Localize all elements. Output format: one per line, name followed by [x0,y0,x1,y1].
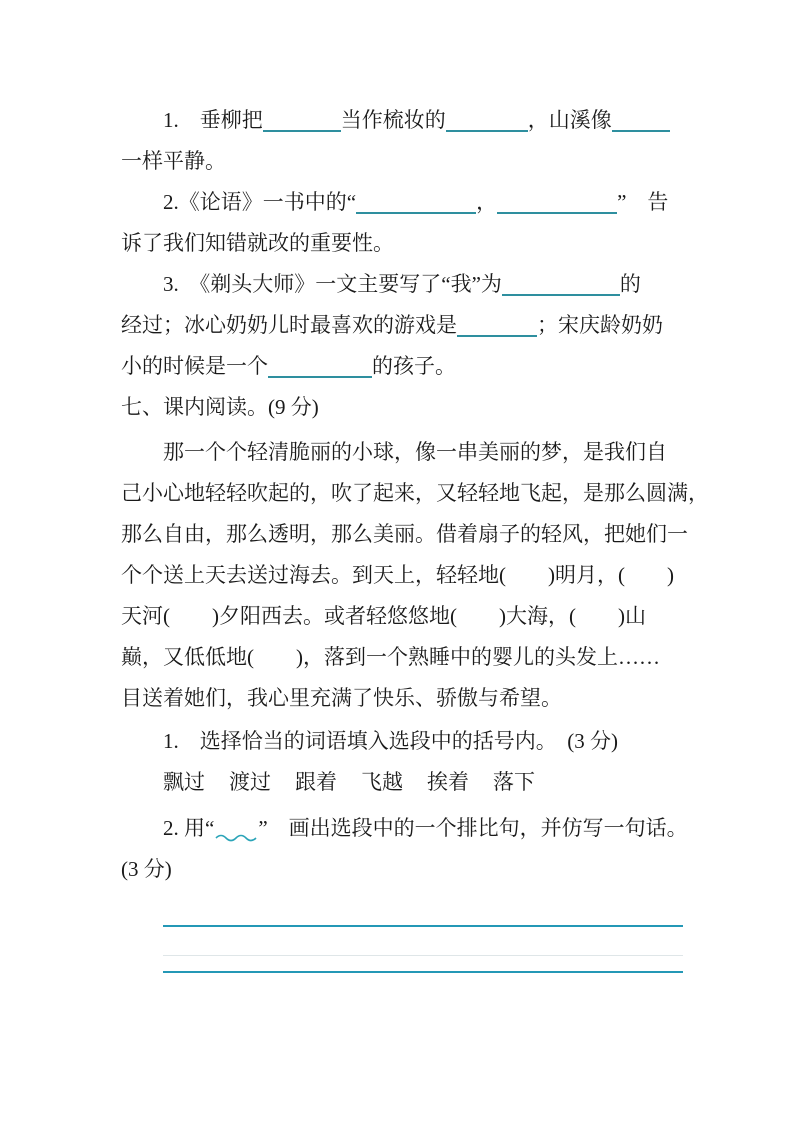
completion-q3-line1: 3. 《剃头大师》一文主要写了“我”为的 [121,264,685,305]
text-run: 的 [620,272,641,296]
text-run: ” 画出选段中的一个排比句，并仿写一句话。 [258,816,687,840]
text-run: (3 分) [121,857,172,881]
text-run: 的孩子。 [372,354,456,378]
passage-line-3: 那么自由，那么透明，那么美丽。借着扇子的轻风，把她们一 [121,514,685,555]
text-run: 小的时候是一个 [121,354,268,378]
answer-line-1 [163,890,683,927]
text-run: 个个送上天去送过海去。到天上，轻轻地( )明月，( ) [121,563,674,587]
fill-in-blank-line [612,106,670,132]
fill-in-blank-line [457,311,537,337]
completion-q1-line2: 一样平静。 [121,141,685,182]
text-run: ， [476,190,497,214]
word-bank-item: 落下 [493,770,535,794]
text-run: ；宋庆龄奶奶 [537,313,663,337]
text-run: 当作梳妆的 [341,108,446,132]
fill-in-blank-line [502,270,620,296]
word-bank-item: 渡过 [229,770,271,794]
word-bank-item: 跟着 [295,770,337,794]
answer-line-2 [163,927,683,973]
completion-q2-line1: 2.《论语》一书中的“，” 告 [121,182,685,223]
text-run: 己小心地轻轻吹起的，吹了起来，又轻轻地飞起，是那么圆满， [121,481,709,505]
text-run: 一样平静。 [121,149,226,173]
fill-in-blank-line [356,188,476,214]
worksheet-page: 1. 垂柳把当作梳妆的，山溪像一样平静。2.《论语》一书中的“，” 告诉了我们知… [0,0,793,1122]
fill-in-blank-line [446,106,528,132]
reading-q2-line1: 2. 用“” 画出选段中的一个排比句，并仿写一句话。 [121,808,685,849]
text-run: 2. 用“ [163,816,214,840]
wavy-underline-mark [214,832,258,842]
text-run: 2.《论语》一书中的“ [163,190,356,214]
completion-q3-line2: 经过；冰心奶奶儿时最喜欢的游戏是；宋庆龄奶奶 [121,305,685,346]
text-run: ” 告 [617,190,668,214]
section-heading-text: 七、课内阅读。(9 分) [121,395,319,419]
text-run: 1. 垂柳把 [163,108,263,132]
fill-in-blank-line [263,106,341,132]
passage-line-7: 目送着她们，我心里充满了快乐、骄傲与希望。 [121,678,685,719]
text-run: 巅，又低低地( )，落到一个熟睡中的婴儿的头发上…… [121,645,660,669]
text-run: 3. 《剃头大师》一文主要写了“我”为 [163,272,502,296]
text-run: 经过；冰心奶奶儿时最喜欢的游戏是 [121,313,457,337]
text-run: 诉了我们知错就改的重要性。 [121,231,394,255]
word-bank-item: 挨着 [427,770,469,794]
completion-q1-line1: 1. 垂柳把当作梳妆的，山溪像 [121,100,685,141]
text-run: 那一个个轻清脆丽的小球，像一串美丽的梦，是我们自 [163,440,667,464]
completion-q3-line3: 小的时候是一个的孩子。 [121,346,685,387]
fill-in-blank-line [268,352,372,378]
text-run: 天河( )夕阳西去。或者轻悠悠地( )大海，( )山 [121,604,646,628]
section-seven-heading: 七、课内阅读。(9 分) [121,387,685,428]
passage-line-6: 巅，又低低地( )，落到一个熟睡中的婴儿的头发上…… [121,637,685,678]
text-run: 目送着她们，我心里充满了快乐、骄傲与希望。 [121,686,562,710]
passage-line-1: 那一个个轻清脆丽的小球，像一串美丽的梦，是我们自 [121,432,685,473]
word-bank-item: 飞越 [361,770,403,794]
reading-q2-line2: (3 分) [121,849,685,890]
passage-line-4: 个个送上天去送过海去。到天上，轻轻地( )明月，( ) [121,555,685,596]
completion-q2-line2: 诉了我们知错就改的重要性。 [121,223,685,264]
reading-q1: 1. 选择恰当的词语填入选段中的括号内。 (3 分) [121,721,685,762]
document-lines: 1. 垂柳把当作梳妆的，山溪像一样平静。2.《论语》一书中的“，” 告诉了我们知… [121,100,685,973]
fill-in-blank-line [497,188,617,214]
passage-line-2: 己小心地轻轻吹起的，吹了起来，又轻轻地飞起，是那么圆满， [121,473,685,514]
word-bank: 飘过渡过跟着飞越挨着落下 [121,762,685,803]
text-run: 1. 选择恰当的词语填入选段中的括号内。 (3 分) [163,729,618,753]
text-run: ，山溪像 [528,108,612,132]
passage-line-5: 天河( )夕阳西去。或者轻悠悠地( )大海，( )山 [121,596,685,637]
ghost-scan-line [163,955,683,956]
word-bank-item: 飘过 [163,770,205,794]
text-run: 那么自由，那么透明，那么美丽。借着扇子的轻风，把她们一 [121,522,688,546]
